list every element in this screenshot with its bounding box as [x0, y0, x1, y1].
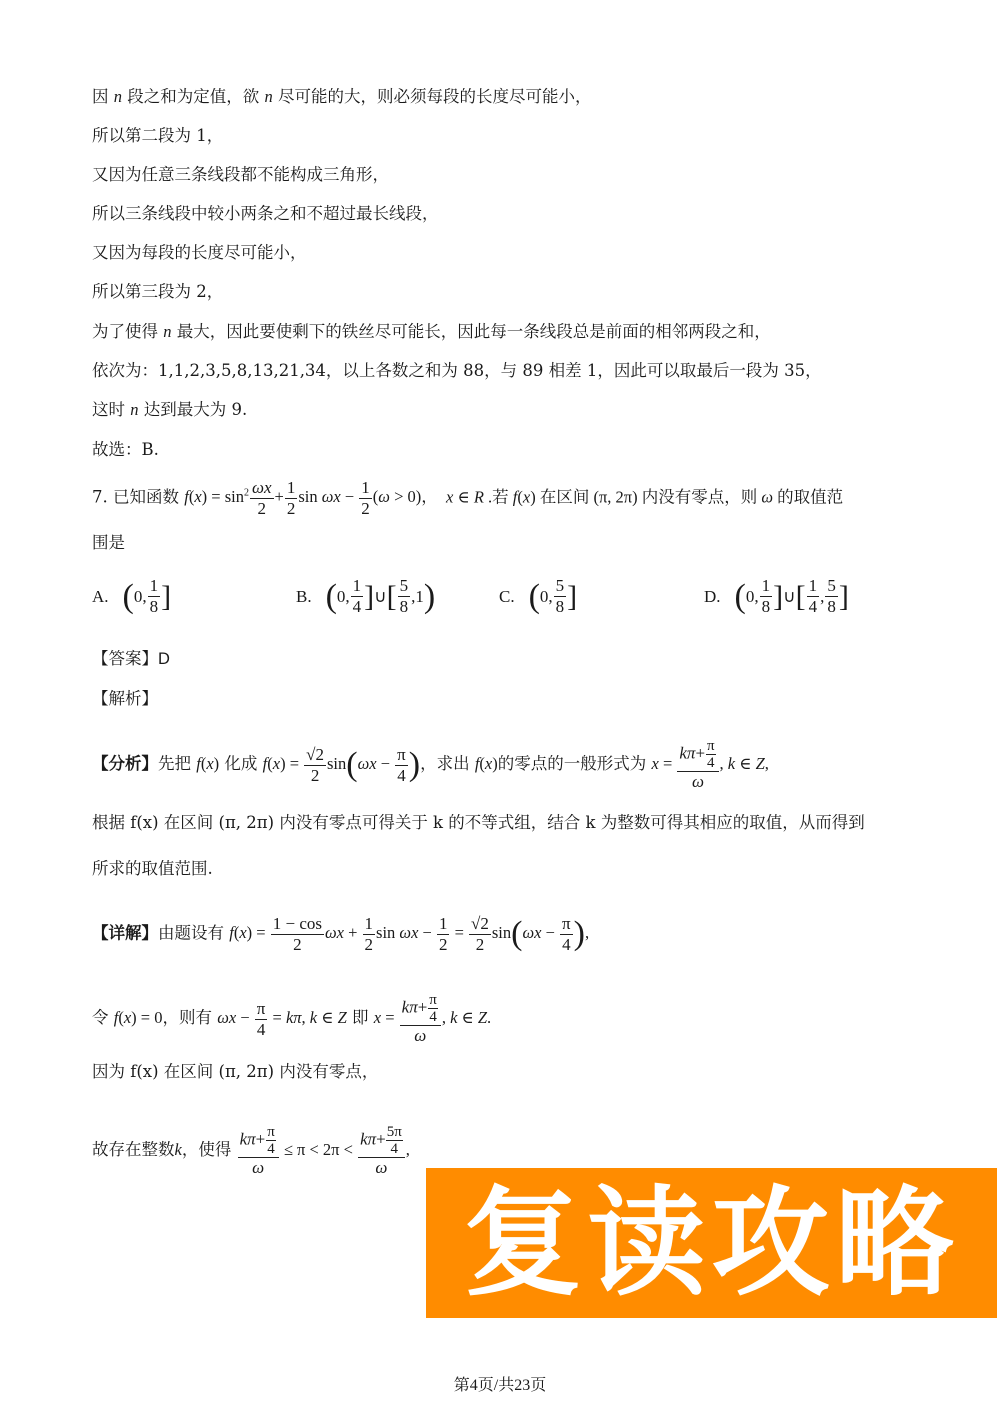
text: 达到最大为 9. [139, 400, 248, 419]
text: 故存在整数 [92, 1140, 175, 1159]
text-line: 因 n 段之和为定值，欲 n 尽可能的大，则必须每段的长度尽可能小， [92, 86, 592, 108]
text-line: 又因为任意三条线段都不能构成三角形， [92, 164, 389, 186]
option-a[interactable]: A. (0,18] [92, 576, 171, 617]
function-definition: f(x) = sin2ωx2+12sin ωx − 12(ω > 0)， [184, 487, 442, 506]
question-7-stem-tail: 围是 [92, 532, 125, 554]
text: 化成 [224, 754, 257, 773]
xiangjie-line: 【详解】由题设有 f(x) = 1 − cos2ωx + 12sin ωx − … [92, 914, 589, 955]
var-n: n [163, 322, 171, 341]
var-n: n [130, 400, 138, 419]
text: 即 [352, 1008, 369, 1027]
watermark-text: 复读攻略 [463, 1184, 959, 1302]
text-line: 依次为：1,1,2,3,5,8,13,21,34，以上各数之和为 88，与 89… [92, 360, 822, 382]
text: 尽可能的大，则必须每段的长度尽可能小， [273, 87, 592, 106]
text: 先把 [158, 754, 191, 773]
text: 令 [92, 1008, 109, 1027]
text: 由题设有 [158, 923, 224, 942]
fenxi-line: 【分析】先把 f(x) 化成 f(x) = √22sin(ωx − π4)，求出… [92, 738, 769, 792]
page-footer: 第4页/共23页 [0, 1372, 1000, 1395]
text: ，求出 [420, 754, 470, 773]
text-line: 所以第二段为 1， [92, 125, 223, 147]
xiangjie-tag: 【详解】 [92, 923, 158, 942]
fenxi-line-3: 所求的取值范围. [92, 858, 213, 880]
text-line: 又因为每段的长度尽可能小， [92, 242, 307, 264]
option-label: D. [704, 587, 721, 607]
text: 因 [92, 87, 114, 106]
var-n: n [265, 87, 273, 106]
question-number: 7. [92, 487, 108, 506]
text-line: 故选：B. [92, 439, 159, 461]
text-line: 所以三条线段中较小两条之和不超过最长线段， [92, 203, 439, 225]
text: 为了使得 [92, 322, 163, 341]
answer-line: 【答案】D [92, 648, 170, 670]
math: f(x) [196, 754, 219, 773]
text: 最大，因此要使剩下的铁丝尽可能长，因此每一条线段总是前面的相邻两段之和， [172, 322, 771, 341]
math-simplified: f(x) = √22sin(ωx − π4) [263, 754, 420, 773]
step-2-line: 令 f(x) = 0，则有 ωx − π4 = kπ, k ∈ Z 即 x = … [92, 992, 491, 1046]
option-c[interactable]: C. (0,58] [499, 576, 577, 617]
fenxi-line-2: 根据 f(x) 在区间 (π, 2π) 内没有零点可得关于 k 的不等式组，结合… [92, 812, 865, 834]
answer-tag: 【答案】 [92, 649, 158, 668]
analysis-tag: 【解析】 [92, 688, 158, 710]
domain: x ∈ R .若 f(x) 在区间 (π, 2π) 内没有零点，则 ω 的取值范 [442, 487, 843, 506]
text: ，则有 [162, 1008, 212, 1027]
text: 的零点的一般形式为 [498, 754, 647, 773]
math: f(x) [475, 754, 498, 773]
option-label: C. [499, 587, 515, 607]
text: 段之和为定值，欲 [122, 87, 265, 106]
inequality: kπ+π4ω ≤ π < 2π < kπ+5π4ω, [237, 1140, 410, 1159]
text: 这时 [92, 400, 130, 419]
answer-value: D [158, 650, 170, 668]
math: ωx − π4 = kπ, k ∈ Z [217, 1008, 347, 1027]
text-line: 所以第三段为 2， [92, 281, 223, 303]
var-n: n [114, 87, 122, 106]
math: f(x) = 0 [114, 1008, 163, 1027]
text: 已知函数 [113, 487, 179, 506]
text: ，使得 [182, 1140, 232, 1159]
step-3-line: 因为 f(x) 在区间 (π, 2π) 内没有零点， [92, 1061, 378, 1083]
option-b[interactable]: B. (0,14]∪[58,1) [296, 576, 435, 617]
watermark-banner: 复读攻略 [426, 1168, 997, 1318]
math-derivation: f(x) = 1 − cos2ωx + 12sin ωx − 12 = √22s… [229, 923, 589, 942]
step-4-line: 故存在整数k，使得 kπ+π4ω ≤ π < 2π < kπ+5π4ω, [92, 1124, 410, 1178]
text-line: 这时 n 达到最大为 9. [92, 399, 247, 421]
zero-form: x = kπ+π4ω, k ∈ Z, [651, 754, 768, 773]
option-d[interactable]: D. (0,18]∪[14,58] [704, 576, 849, 617]
option-label: A. [92, 587, 109, 607]
fenxi-tag: 【分析】 [92, 754, 158, 773]
question-7-stem: 7. 已知函数 f(x) = sin2ωx2+12sin ωx − 12(ω >… [92, 478, 843, 519]
math: x = kπ+π4ω, k ∈ Z. [374, 1008, 491, 1027]
text-line: 为了使得 n 最大，因此要使剩下的铁丝尽可能长，因此每一条线段总是前面的相邻两段… [92, 321, 771, 343]
option-label: B. [296, 587, 312, 607]
